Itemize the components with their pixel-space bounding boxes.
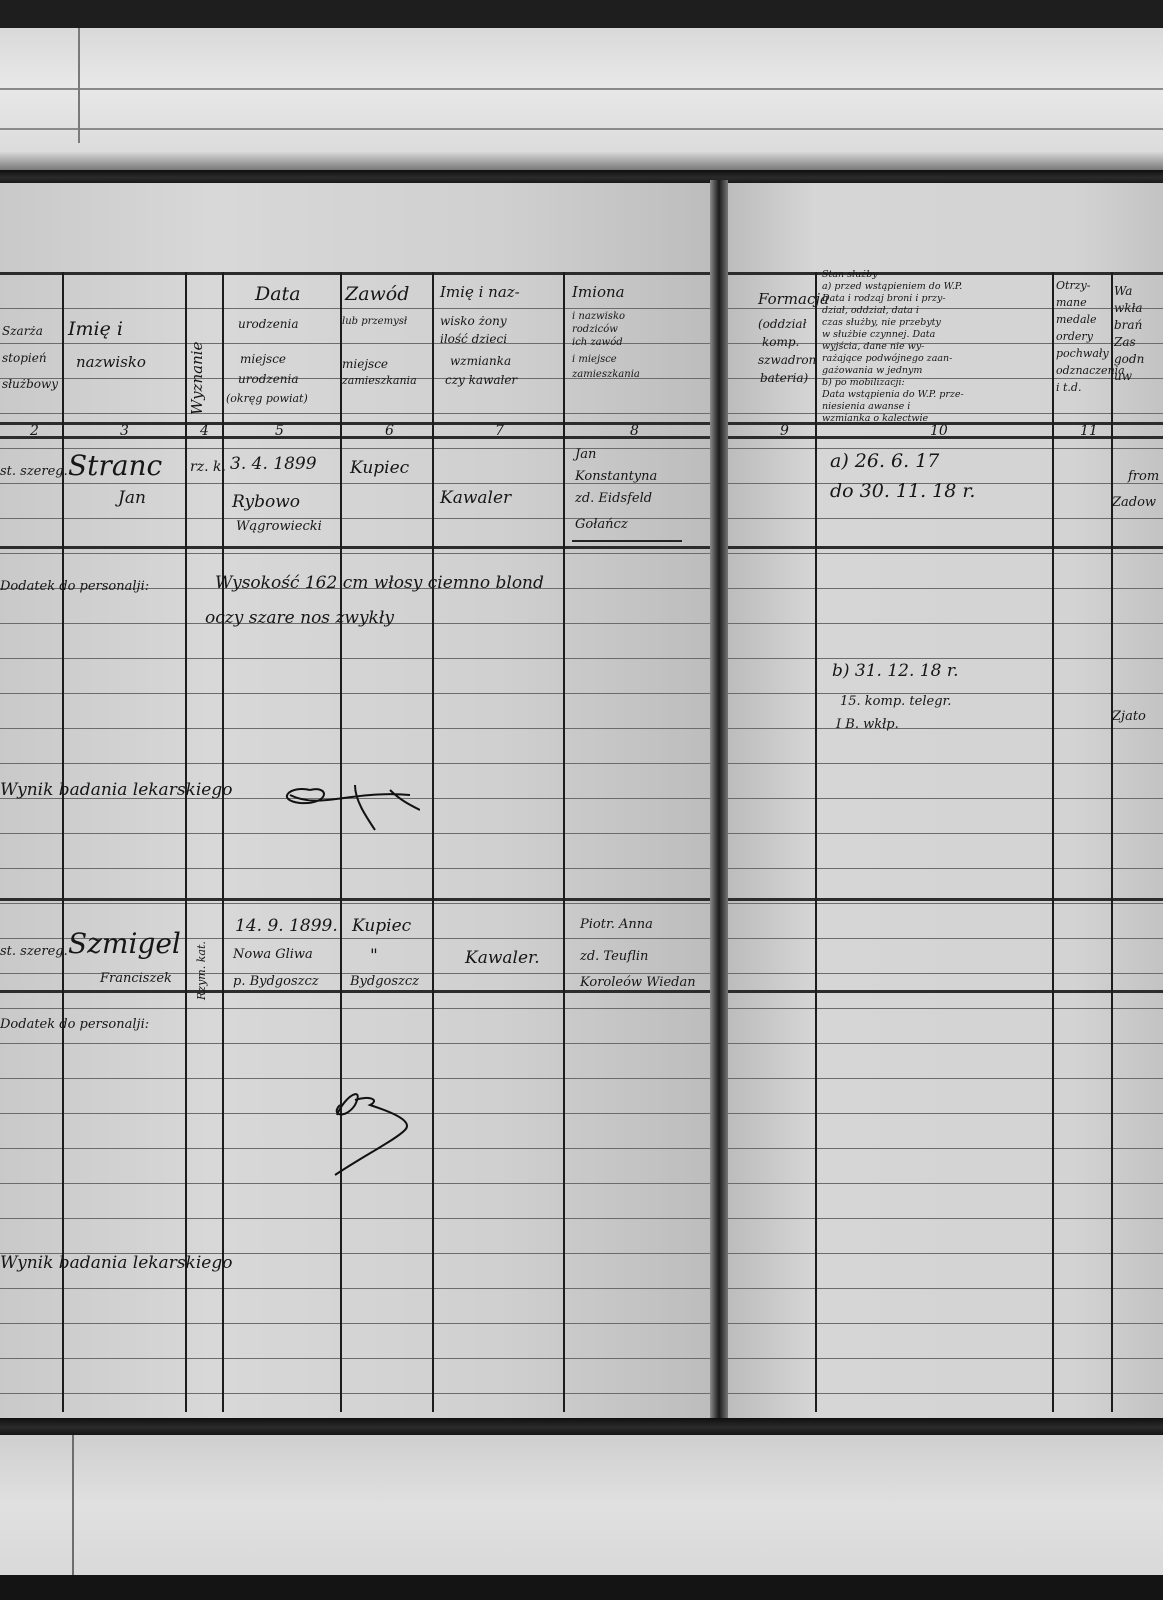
book-gutter: [710, 180, 728, 1420]
header-text: uw: [1114, 370, 1132, 382]
ruled-line: [0, 693, 710, 694]
parent-line: Jan: [575, 448, 596, 461]
header-text: wzmianka: [450, 355, 511, 367]
header-text: godn: [1114, 353, 1144, 365]
ruled-line: [0, 436, 710, 439]
header-text: medale: [1056, 314, 1097, 325]
column-line: [222, 272, 224, 1412]
birth-date: 14. 9. 1899.: [235, 918, 338, 935]
occupation: Kupiec: [352, 918, 411, 935]
ruled-line: [728, 1253, 1163, 1254]
marital-status: Kawaler.: [465, 950, 540, 967]
header-text: czy kawaler: [445, 374, 517, 386]
header-text: zamieszkania: [572, 370, 640, 380]
ruled-line: [728, 798, 1163, 799]
col12-text: Zjato: [1112, 710, 1146, 723]
strip-rule: [0, 128, 1163, 130]
ruled-line: [728, 728, 1163, 729]
header-text: rodziców: [572, 325, 618, 335]
header-text: Zas: [1114, 336, 1136, 348]
header-text: w służbie czynnej. Data: [822, 330, 935, 340]
bottom-page-strip: [0, 1435, 1163, 1575]
ruled-line: [728, 1288, 1163, 1289]
ruled-line: [728, 623, 1163, 624]
ruled-line: [728, 833, 1163, 834]
header-text: urodzenia: [238, 373, 299, 385]
strip-column-line: [72, 1435, 74, 1575]
parent-line: Konstantyna: [575, 470, 657, 483]
header-text: b) po mobilizacji:: [822, 378, 905, 388]
header-text: niesienia awanse i: [822, 402, 910, 412]
birth-district: Wągrowiecki: [236, 520, 322, 533]
ruled-line: [0, 546, 710, 549]
column-line: [1052, 272, 1054, 1412]
header-text: mane: [1056, 297, 1087, 308]
ruled-line: [728, 973, 1163, 974]
ruled-line: [728, 1183, 1163, 1184]
column-line: [563, 272, 565, 1412]
ruled-line: [0, 658, 710, 659]
rank: st. szereg.: [0, 465, 68, 478]
column-line: [185, 272, 187, 1412]
column-number: 9: [780, 424, 789, 438]
ruled-line: [728, 448, 1163, 449]
header-text: Data: [255, 285, 301, 304]
given-name: Jan: [118, 490, 146, 507]
header-text: dział, oddział, data i: [822, 306, 919, 316]
column-line: [340, 272, 342, 1412]
ruled-line: [728, 868, 1163, 869]
header-text: wisko żony: [440, 315, 507, 327]
column-number: 4: [200, 424, 209, 438]
service-a-line: a) 26. 6. 17: [830, 452, 939, 471]
parent-line: Gołańcz: [575, 518, 628, 531]
header-text: Data i rodzaj broni i przy-: [822, 294, 946, 304]
header-text: stopień: [2, 352, 47, 364]
ruled-line: [0, 1008, 710, 1009]
ruled-line: [0, 553, 710, 554]
header-text: komp.: [762, 336, 799, 348]
ruled-line: [728, 518, 1163, 519]
header-text: miejsce: [240, 353, 286, 365]
header-text: urodzenia: [238, 318, 299, 330]
ruled-line: [0, 1358, 710, 1359]
header-text: szwadron: [758, 354, 816, 366]
header-text: (okręg powiat): [226, 393, 308, 404]
header-text: ordery: [1056, 331, 1093, 342]
occupation-ditto: ": [370, 948, 378, 965]
ruled-line: [0, 413, 710, 414]
header-text: Zawód: [345, 285, 409, 304]
ruled-line: [728, 1358, 1163, 1359]
header-text: ilość dzieci: [440, 333, 507, 345]
supplement-text: Wysokość 162 cm włosy ciemno blond: [215, 575, 544, 592]
birth-date: 3. 4. 1899: [230, 456, 317, 473]
header-text: Imiona: [572, 285, 625, 300]
religion: Rzym. kat.: [196, 941, 207, 1000]
column-number: 7: [495, 424, 504, 438]
shadow-band: [0, 1418, 1163, 1436]
column-line: [1111, 272, 1113, 1412]
medical-label: Wynik badania lekarskiego: [0, 782, 232, 799]
ruled-line: [728, 1113, 1163, 1114]
ruled-line: [0, 1393, 710, 1394]
ruled-line: [728, 413, 1163, 414]
ruled-line: [728, 1043, 1163, 1044]
header-text: wkła: [1114, 302, 1143, 314]
header-text: nazwisko: [76, 355, 146, 370]
header-text: Imię i naz-: [440, 285, 520, 300]
header-text: czas służby, nie przebyty: [822, 318, 941, 328]
ruled-line: [728, 763, 1163, 764]
surname: Szmigel: [68, 930, 181, 958]
medical-label: Wynik badania lekarskiego: [0, 1255, 232, 1272]
signature: [270, 755, 420, 835]
column-line: [432, 272, 434, 1412]
column-number: 5: [275, 424, 284, 438]
column-number: 8: [630, 424, 639, 438]
underline: [572, 540, 682, 542]
parent-line: zd. Teuflin: [580, 950, 648, 963]
header-text: i miejsce: [572, 355, 617, 365]
ruled-line: [728, 1078, 1163, 1079]
header-text: bateria): [760, 372, 808, 384]
ruled-line: [728, 990, 1163, 993]
header-text: lub przemysł: [342, 317, 407, 327]
ruled-line: [0, 898, 710, 901]
column-line: [815, 272, 817, 1412]
residence: Bydgoszcz: [350, 975, 419, 988]
given-name: Franciszek: [100, 972, 172, 985]
ruled-line: [728, 1393, 1163, 1394]
column-number: 2: [30, 424, 39, 438]
header-text: wzmianka o kalectwie: [822, 414, 928, 424]
ruled-line: [728, 903, 1163, 904]
supplement-text: oczy szare nos zwykły: [205, 610, 394, 627]
parent-line: Piotr. Anna: [580, 918, 653, 931]
header-text: wyjścia, dane nie wy-: [822, 342, 924, 352]
header-text: Otrzy-: [1056, 280, 1090, 291]
column-number: 3: [120, 424, 129, 438]
header-text: ich zawód: [572, 338, 623, 348]
supplement-label: Dodatek do personalji:: [0, 1018, 149, 1031]
column-number: 6: [385, 424, 394, 438]
ruled-line: [0, 728, 710, 729]
header-col4: Wyznanie: [190, 342, 205, 415]
header-text: Szarża: [2, 325, 43, 337]
service-b-line: 15. komp. telegr.: [840, 695, 951, 708]
header-text: (oddział: [758, 318, 806, 330]
parent-line: zd. Eidsfeld: [575, 492, 652, 505]
header-text: Formacja: [758, 292, 829, 307]
parent-line: Koroleów Wiedan: [580, 976, 696, 989]
religion: rz. k.: [190, 460, 226, 474]
birth-district: p. Bydgoszcz: [233, 975, 319, 988]
header-text: i nazwisko: [572, 312, 625, 322]
header-text: i t.d.: [1056, 382, 1081, 393]
rank: st. szereg.: [0, 945, 68, 958]
ruled-line: [0, 1288, 710, 1289]
ruled-line: [0, 272, 710, 275]
service-b-line: I B. wkłp.: [836, 718, 899, 731]
ruled-line: [0, 1218, 710, 1219]
top-page-strip: [0, 28, 1163, 173]
header-text: pochwały: [1056, 348, 1109, 359]
strip-column-line: [78, 28, 80, 143]
ruled-line: [728, 1008, 1163, 1009]
ruled-line: [728, 938, 1163, 939]
ruled-line: [728, 272, 1163, 275]
ruled-line: [0, 903, 710, 904]
ruled-line: [0, 308, 710, 309]
ruled-line: [728, 553, 1163, 554]
ruled-line: [0, 1323, 710, 1324]
col12-text: Zadow: [1112, 496, 1156, 509]
ruled-line: [0, 422, 710, 425]
service-b-line: b) 31. 12. 18 r.: [832, 663, 959, 680]
column-line: [62, 272, 64, 1412]
birth-place: Rybowo: [232, 494, 300, 511]
signature: [325, 1075, 425, 1185]
ruled-line: [728, 898, 1163, 901]
ruled-line: [0, 990, 710, 993]
strip-rule: [0, 88, 1163, 90]
ruled-line: [728, 308, 1163, 309]
ruled-line: [728, 546, 1163, 549]
scan-border: [0, 1575, 1163, 1600]
header-text: służbowy: [2, 378, 58, 390]
ruled-line: [0, 868, 710, 869]
surname: Stranc: [68, 452, 162, 480]
column-number: 10: [930, 424, 948, 438]
header-text: miejsce: [342, 358, 388, 370]
ruled-line: [728, 1218, 1163, 1219]
header-text: Data wstąpienia do W.P. prze-: [822, 390, 964, 400]
ruled-line: [728, 658, 1163, 659]
supplement-label: Dodatek do personalji:: [0, 580, 149, 593]
ruled-line: [728, 588, 1163, 589]
ruled-line: [728, 1148, 1163, 1149]
ruled-line: [728, 1323, 1163, 1324]
birth-place: Nowa Gliwa: [233, 948, 313, 961]
header-text: a) przed wstąpieniem do W.P.: [822, 282, 962, 292]
header-text: zamieszkania: [342, 375, 417, 386]
marital-status: Kawaler: [440, 490, 511, 507]
column-number: 11: [1080, 424, 1098, 438]
service-a-line: do 30. 11. 18 r.: [830, 482, 975, 501]
header-text: brań: [1114, 319, 1142, 331]
header-text: Wa: [1114, 285, 1132, 297]
header-text: Stan służby: [822, 270, 878, 280]
ruled-line: [0, 1043, 710, 1044]
header-text: gażowania w jednym: [822, 366, 922, 376]
occupation: Kupiec: [350, 460, 409, 477]
header-text: rażające podwójnego zaan-: [822, 354, 952, 364]
col12-text: from: [1128, 470, 1159, 483]
header-text: Imię i: [68, 320, 123, 339]
